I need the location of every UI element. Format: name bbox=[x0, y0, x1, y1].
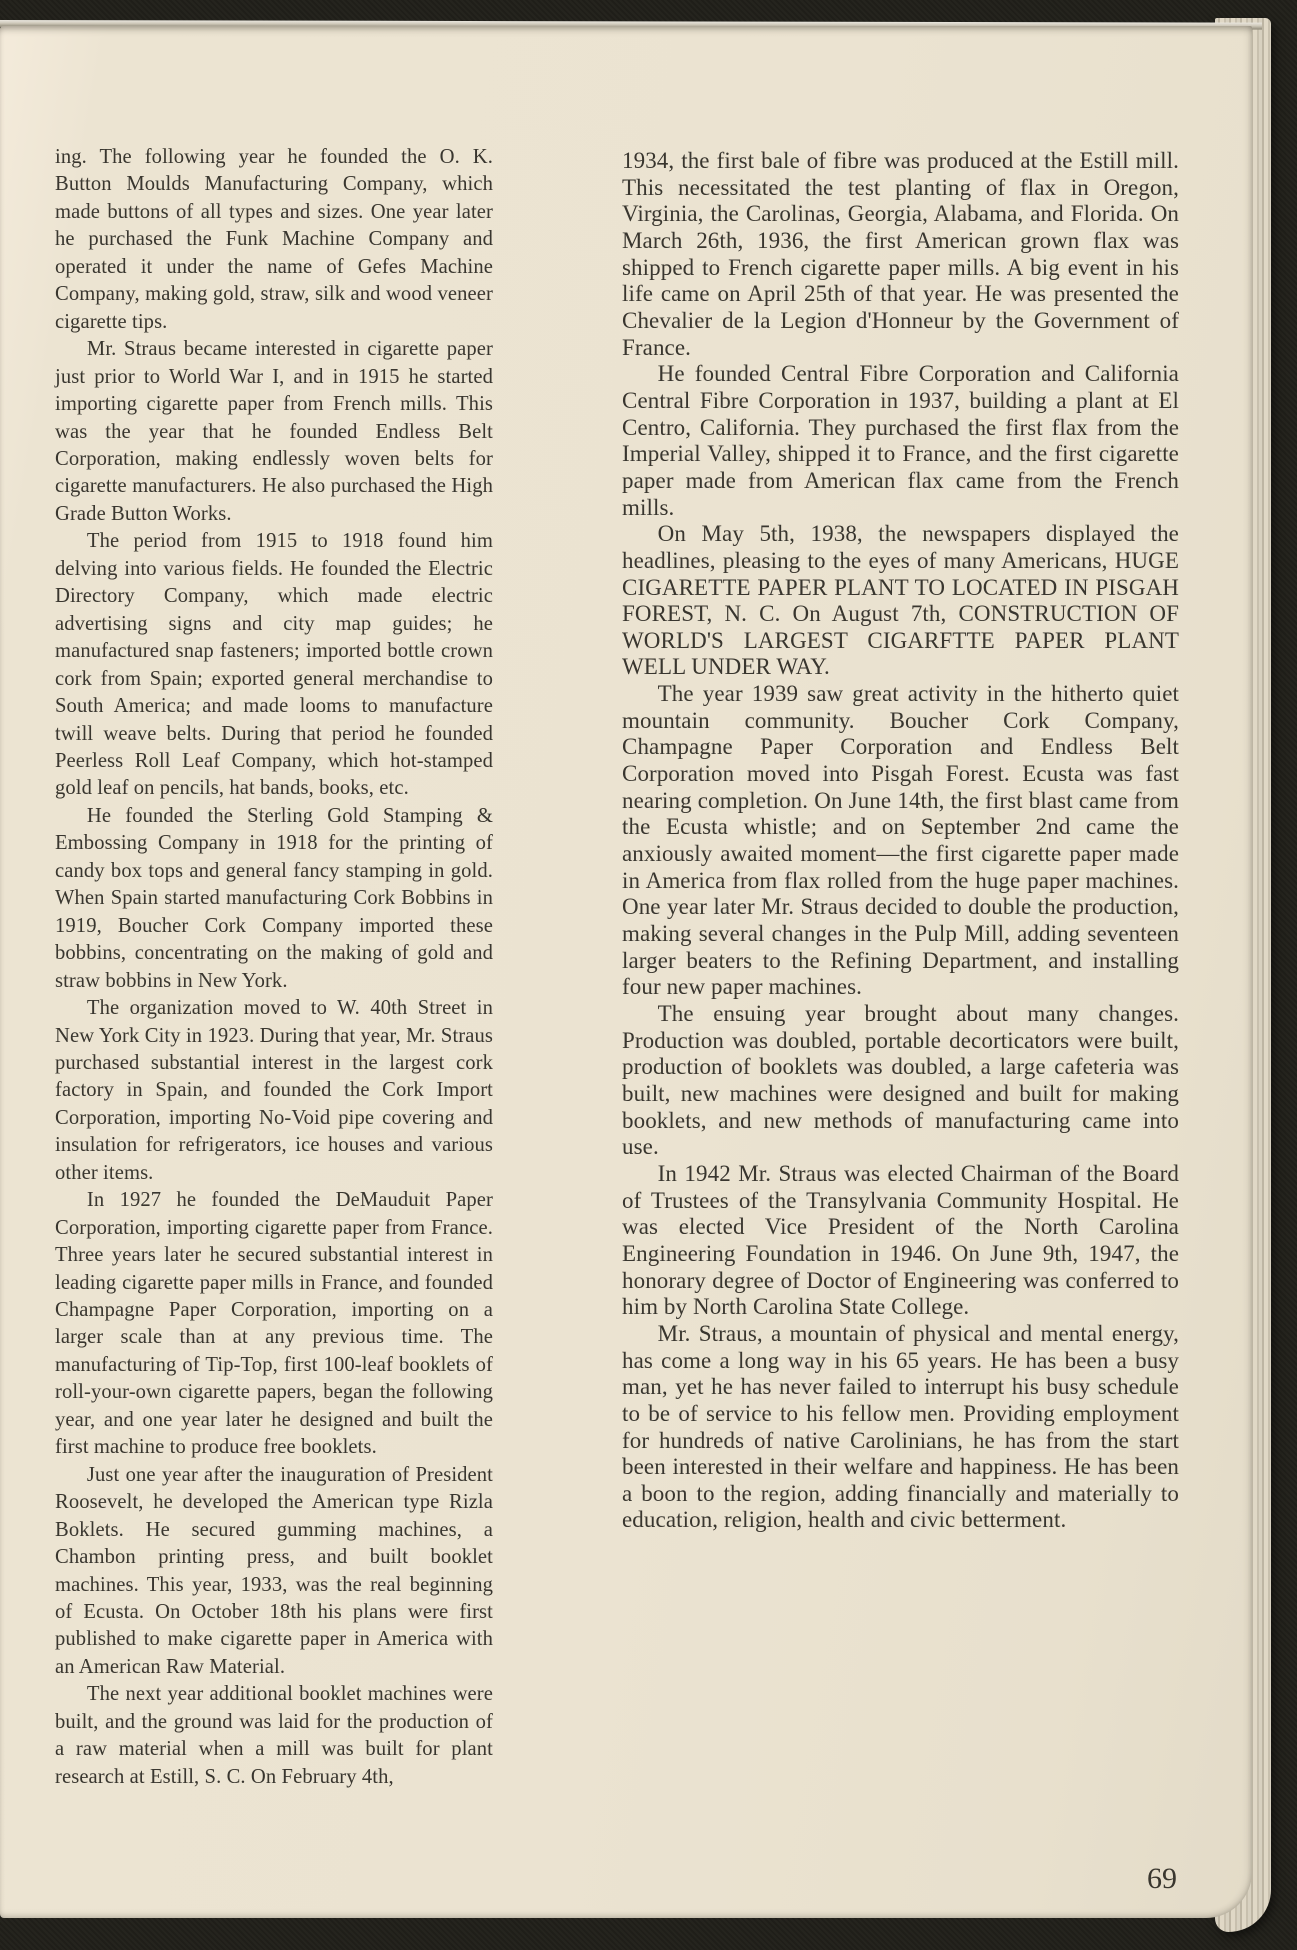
paragraph: He founded Central Fibre Corporation and… bbox=[622, 361, 1179, 521]
left-column: ing. The following year he founded the O… bbox=[55, 144, 493, 1791]
paragraph: In 1927 he founded the DeMauduit Paper C… bbox=[55, 1187, 493, 1462]
paragraph: Just one year after the inauguration of … bbox=[55, 1462, 493, 1682]
paragraph: In 1942 Mr. Straus was elected Chairman … bbox=[622, 1161, 1179, 1321]
book-page: ing. The following year he founded the O… bbox=[0, 26, 1252, 1918]
paragraph: The next year additional booklet machine… bbox=[55, 1681, 493, 1791]
page-number: 69 bbox=[1132, 1862, 1192, 1896]
paragraph: On May 5th, 1938, the newspapers display… bbox=[622, 521, 1179, 681]
paragraph: Mr. Straus, a mountain of physical and m… bbox=[622, 1321, 1179, 1534]
book-background: ing. The following year he founded the O… bbox=[0, 0, 1297, 1950]
paragraph: ing. The following year he founded the O… bbox=[55, 144, 493, 336]
paragraph: 1934, the first bale of fibre was produc… bbox=[622, 148, 1179, 361]
paragraph: The period from 1915 to 1918 found him d… bbox=[55, 528, 493, 803]
paragraph: Mr. Straus became interested in cigarett… bbox=[55, 336, 493, 528]
paragraph: The year 1939 saw great activity in the … bbox=[622, 681, 1179, 1001]
right-column: 1934, the first bale of fibre was produc… bbox=[622, 148, 1179, 1534]
paragraph: The organization moved to W. 40th Street… bbox=[55, 995, 493, 1187]
paragraph: He founded the Sterling Gold Stamping & … bbox=[55, 803, 493, 995]
paragraph: The ensuing year brought about many chan… bbox=[622, 1001, 1179, 1161]
